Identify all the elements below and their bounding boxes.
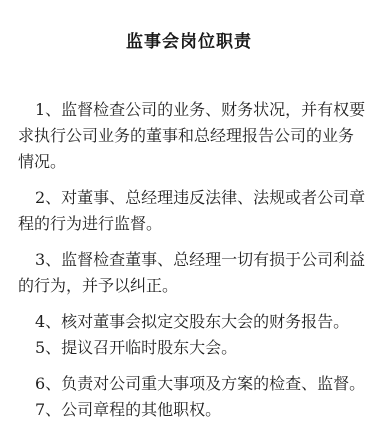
duty-item-4: 4、核对董事会拟定交股东大会的财务报告。 <box>18 309 366 335</box>
duty-item-7: 7、公司章程的其他职权。 <box>18 397 366 423</box>
duty-item-1: 1、监督检查公司的业务、财务状况，并有权要求执行公司业务的董事和总经理报告公司的… <box>18 97 366 175</box>
duty-item-5: 5、提议召开临时股东大会。 <box>18 335 366 361</box>
document-page: 监事会岗位职责 1、监督检查公司的业务、财务状况，并有权要求执行公司业务的董事和… <box>0 0 378 442</box>
duty-block-4-5: 4、核对董事会拟定交股东大会的财务报告。 5、提议召开临时股东大会。 <box>18 309 366 361</box>
duty-item-6: 6、负责对公司重大事项及方案的检查、监督。 <box>18 371 366 397</box>
duty-block-1: 1、监督检查公司的业务、财务状况，并有权要求执行公司业务的董事和总经理报告公司的… <box>18 97 366 175</box>
duty-block-3: 3、监督检查董事、总经理一切有损于公司利益的行为，并予以纠正。 <box>18 247 366 299</box>
duty-block-6-7: 6、负责对公司重大事项及方案的检查、监督。 7、公司章程的其他职权。 <box>18 371 366 423</box>
duty-item-2: 2、对董事、总经理违反法律、法规或者公司章程的行为进行监督。 <box>18 185 366 237</box>
duty-item-3: 3、监督检查董事、总经理一切有损于公司利益的行为，并予以纠正。 <box>18 247 366 299</box>
page-title: 监事会岗位职责 <box>0 31 378 53</box>
duty-block-2: 2、对董事、总经理违反法律、法规或者公司章程的行为进行监督。 <box>18 185 366 237</box>
document-body: 1、监督检查公司的业务、财务状况，并有权要求执行公司业务的董事和总经理报告公司的… <box>0 97 366 423</box>
